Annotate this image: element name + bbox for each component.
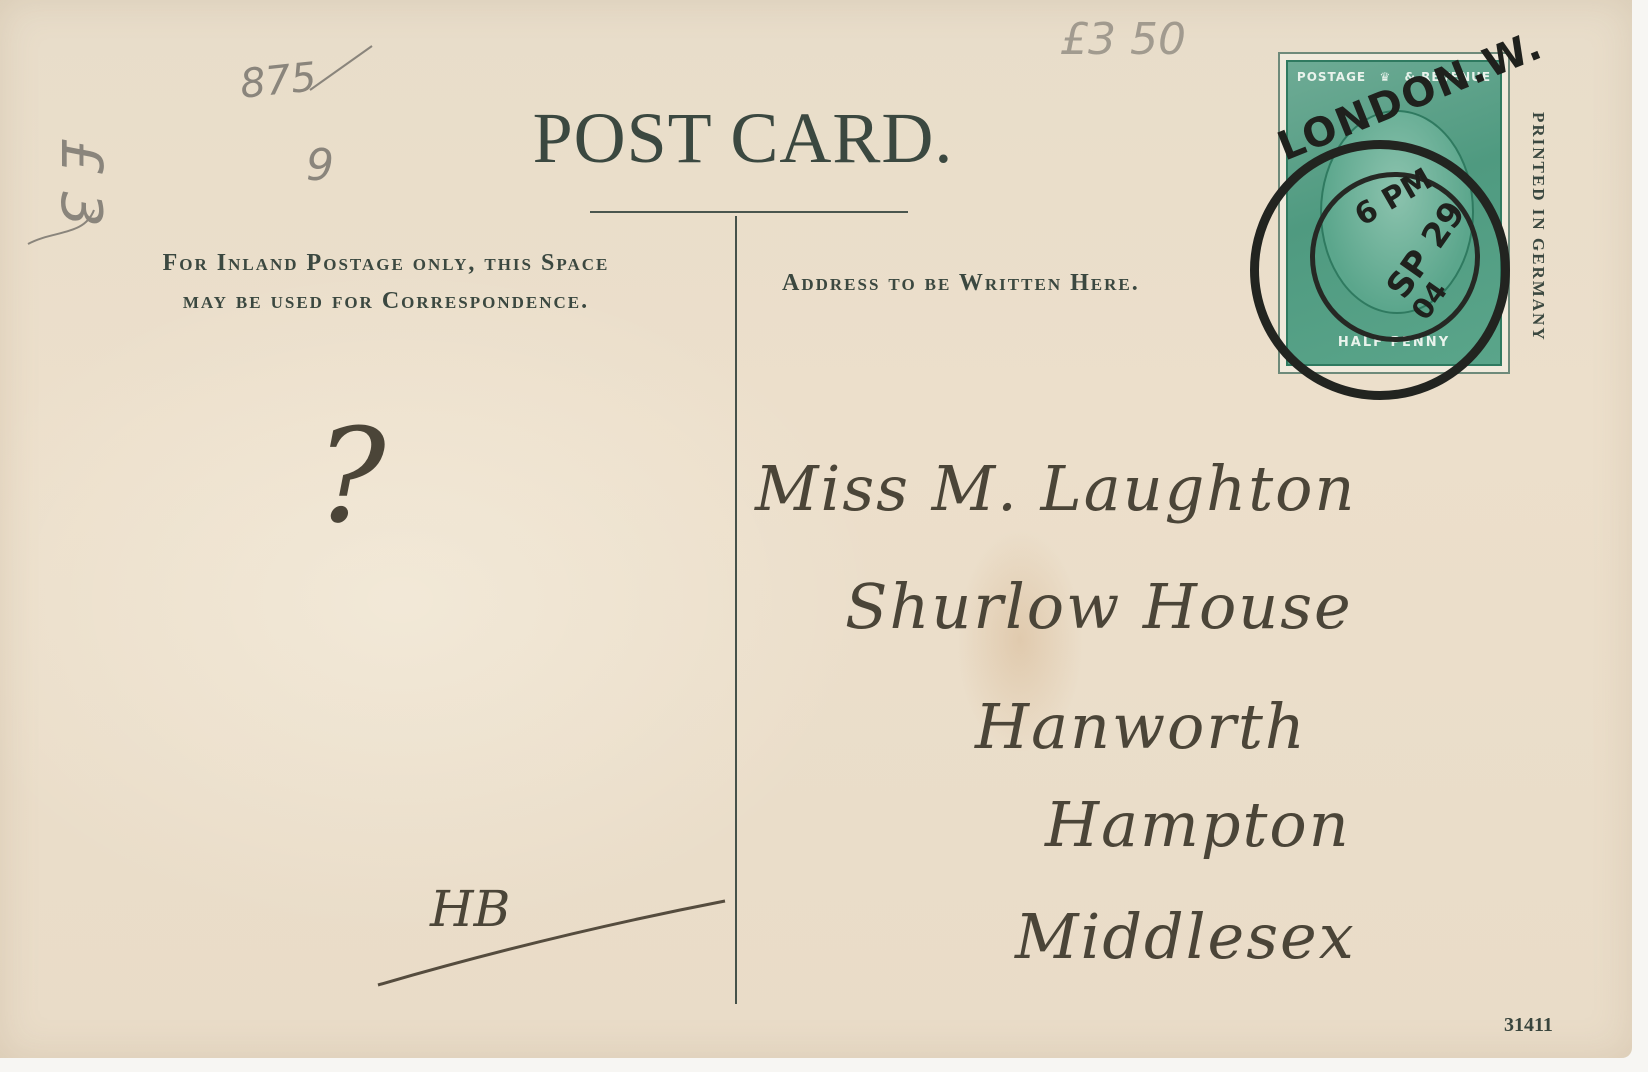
address-line-town: Hampton — [1045, 788, 1351, 861]
handwritten-underline-stroke — [370, 895, 730, 995]
postcard-back: 875 9 £ 3 £3 50 POST CARD. For Inland Po… — [0, 0, 1632, 1058]
correspondence-notice-line1: For Inland Postage only, this Space — [86, 250, 686, 277]
handwritten-question-mark: ? — [316, 400, 386, 552]
address-line-county: Middlesex — [1015, 900, 1356, 973]
address-line-recipient: Miss M. Laughton — [755, 452, 1356, 525]
title-underline — [590, 211, 908, 213]
address-label: Address to be Written Here. — [782, 270, 1140, 297]
stamp-postage-label: POSTAGE — [1297, 70, 1366, 84]
correspondence-notice-line2: may be used for Correspondence. — [86, 288, 686, 315]
pencil-price: £3 50 — [1060, 14, 1186, 65]
pencil-number-9: 9 — [306, 140, 334, 191]
page-title: POST CARD. — [528, 98, 958, 178]
printer-credit: PRINTED IN GERMANY — [1528, 112, 1548, 342]
address-line-house: Shurlow House — [845, 570, 1353, 643]
pencil-slash-icon — [300, 40, 380, 100]
serial-number: 31411 — [1504, 1014, 1553, 1037]
center-divider — [735, 216, 737, 1004]
address-line-locality: Hanworth — [975, 690, 1307, 763]
